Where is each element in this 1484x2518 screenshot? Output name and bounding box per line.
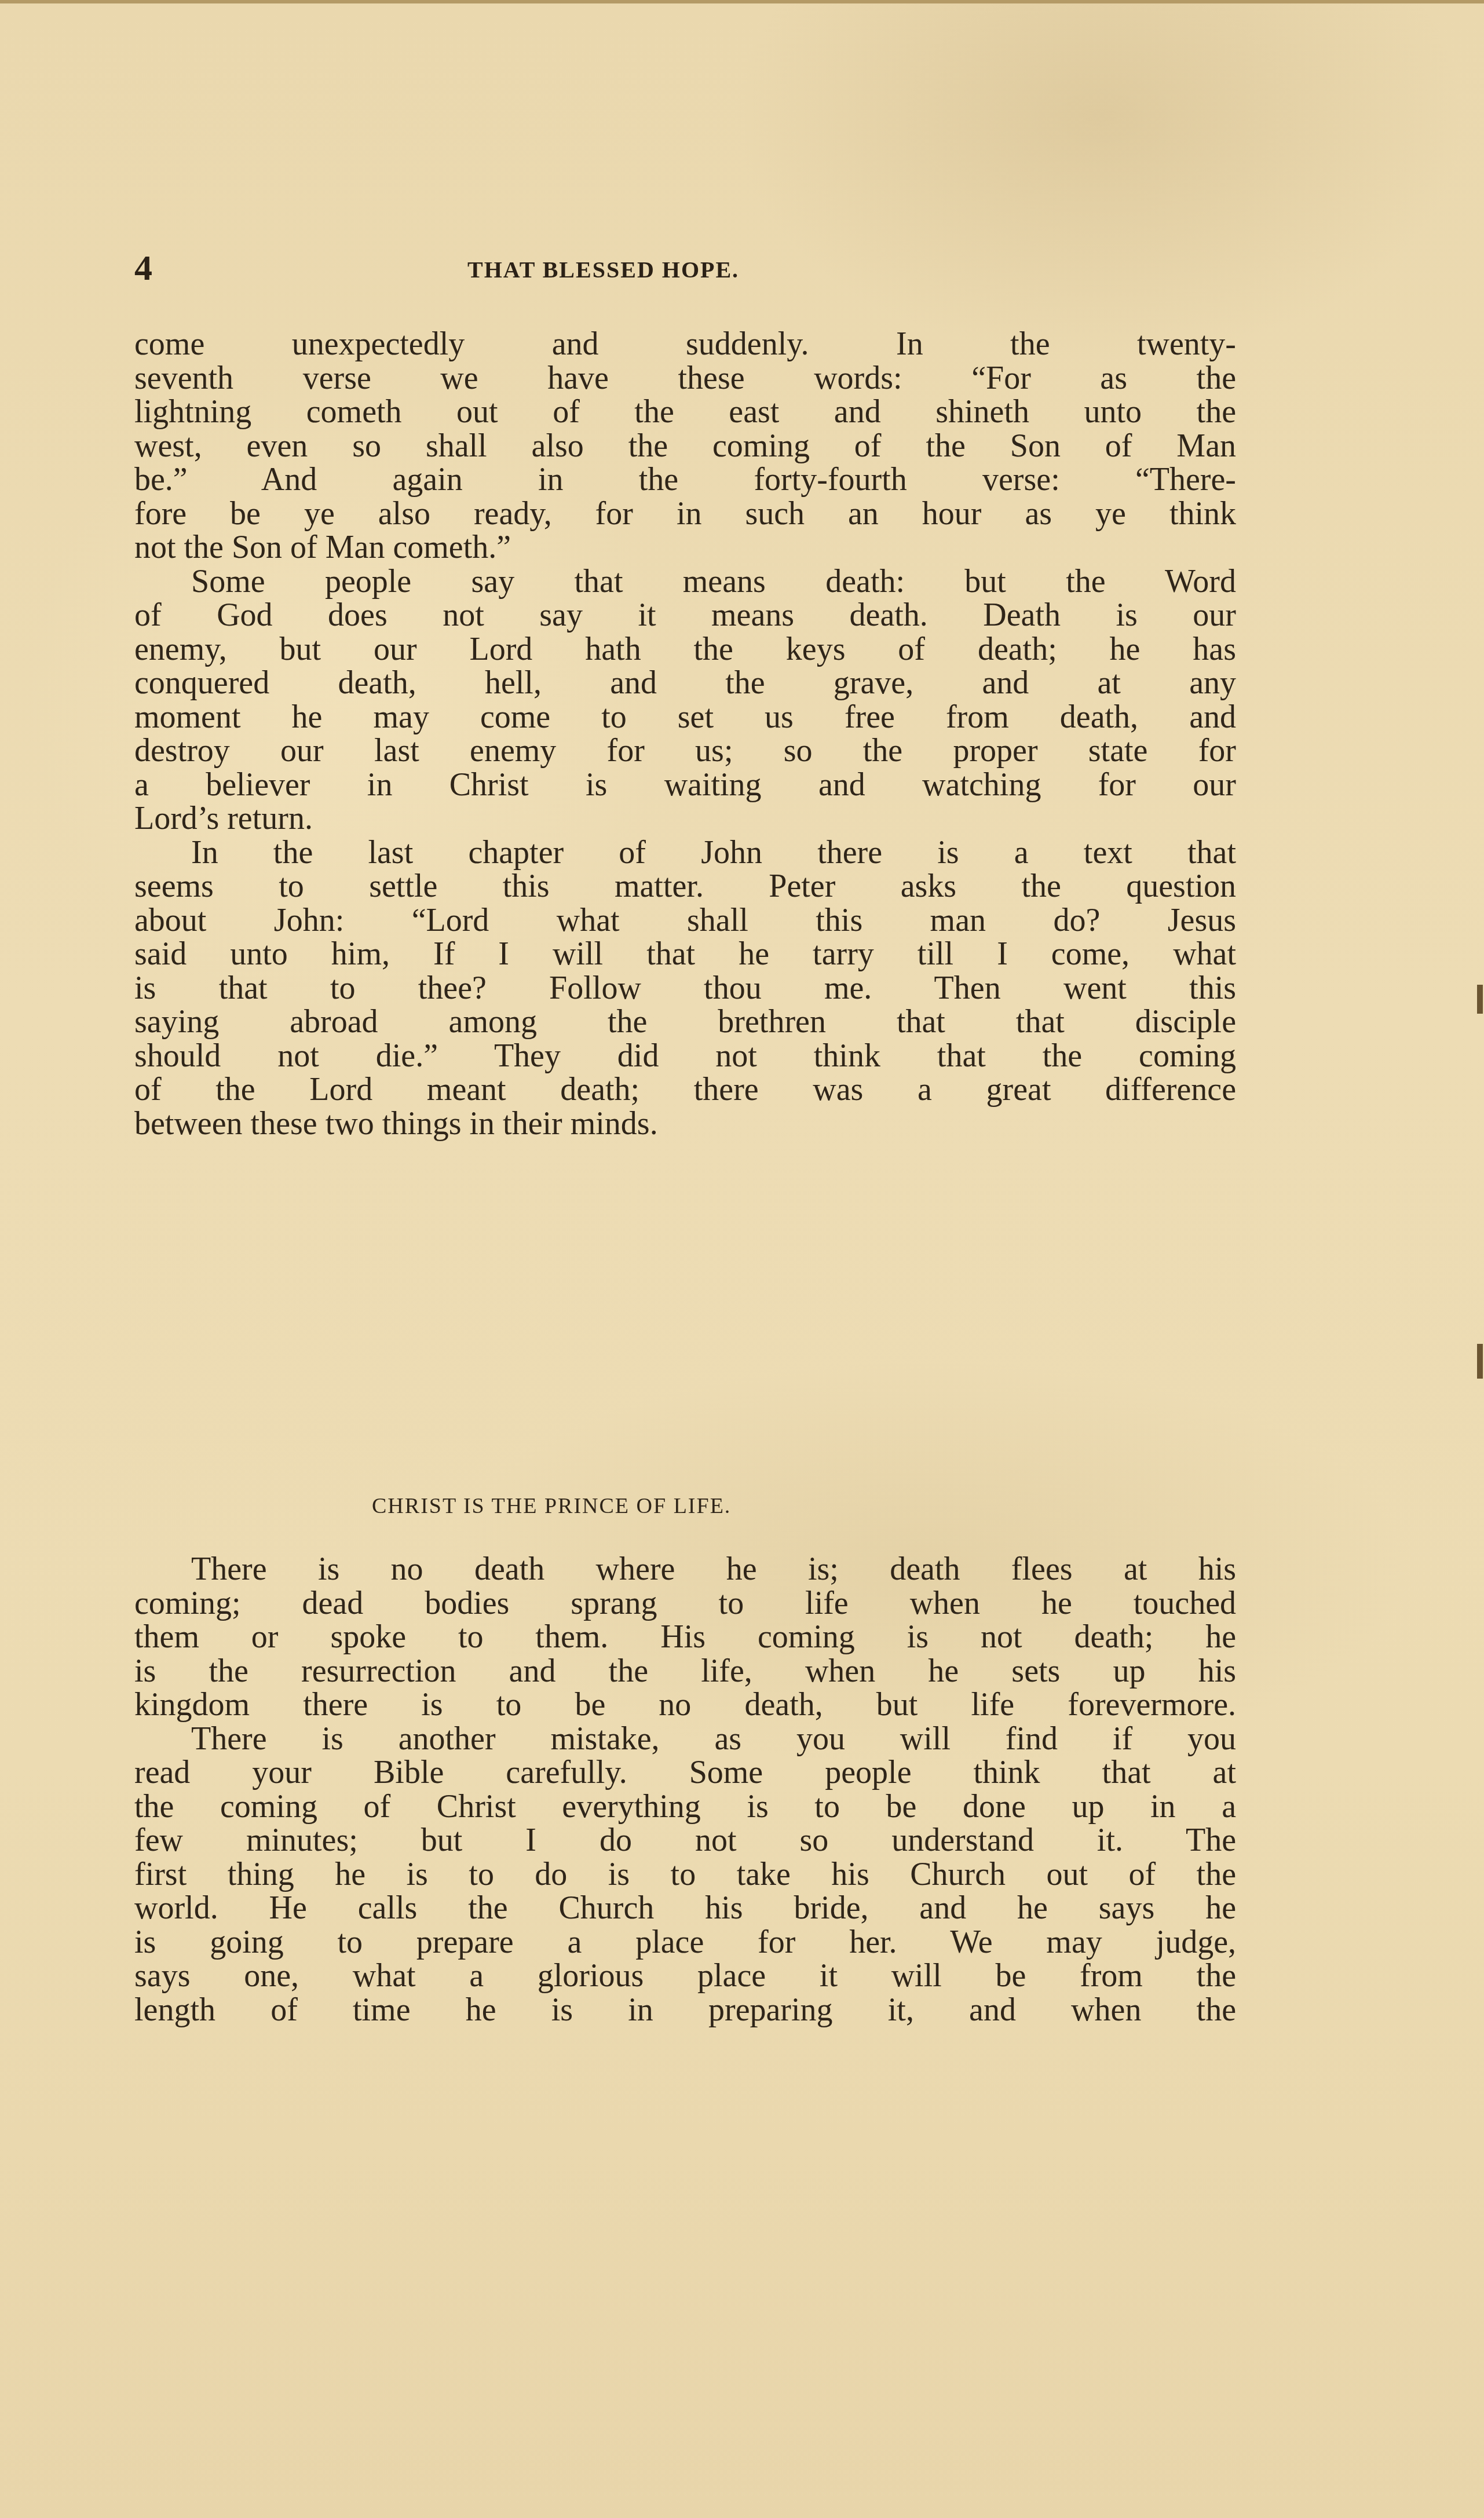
- text-line: west, even so shall also the coming of t…: [134, 429, 1236, 463]
- scanned-book-page: 4 THAT BLESSED HOPE. come unexpectedly a…: [0, 0, 1484, 2518]
- text-line: read your Bible carefully. Some people t…: [134, 1756, 1236, 1790]
- paragraph: Some people say that means death: but th…: [134, 565, 1236, 836]
- text-line: destroy our last enemy for us; so the pr…: [134, 734, 1236, 768]
- text-line: a believer in Christ is waiting and watc…: [134, 768, 1236, 802]
- body-text-section-2: There is no death where he is; death fle…: [134, 1552, 1236, 2027]
- paper-edge-mark: [1477, 985, 1483, 1014]
- text-line: Some people say that means death: but th…: [134, 565, 1236, 599]
- text-line: is that to thee? Follow thou me. Then we…: [134, 971, 1236, 1006]
- body-text-section-1: come unexpectedly and suddenly. In the t…: [134, 327, 1236, 1141]
- text-line: enemy, but our Lord hath the keys of dea…: [134, 633, 1236, 667]
- text-line: is going to prepare a place for her. We …: [134, 1925, 1236, 1960]
- text-line: lightning cometh out of the east and shi…: [134, 395, 1236, 429]
- text-line: length of time he is in preparing it, an…: [134, 1993, 1236, 2027]
- text-line: kingdom there is to be no death, but lif…: [134, 1688, 1236, 1722]
- section-heading: CHRIST IS THE PRINCE OF LIFE.: [134, 1493, 1236, 1519]
- text-line: not the Son of Man cometh.”: [134, 531, 1236, 565]
- paragraph: come unexpectedly and suddenly. In the t…: [134, 327, 1236, 565]
- text-line: fore be ye also ready, for in such an ho…: [134, 497, 1236, 531]
- text-line: coming; dead bodies sprang to life when …: [134, 1587, 1236, 1621]
- running-title: THAT BLESSED HOPE.: [467, 256, 739, 283]
- text-line: says one, what a glorious place it will …: [134, 1959, 1236, 1993]
- text-line: should not die.” They did not think that…: [134, 1039, 1236, 1073]
- text-line: few minutes; but I do not so understand …: [134, 1823, 1236, 1858]
- text-line: of the Lord meant death; there was a gre…: [134, 1073, 1236, 1107]
- text-line: seventh verse we have these words: “For …: [134, 361, 1236, 396]
- text-line: seems to settle this matter. Peter asks …: [134, 869, 1236, 904]
- text-line: Lord’s return.: [134, 802, 1236, 836]
- text-line: between these two things in their minds.: [134, 1107, 1236, 1141]
- text-line: There is another mistake, as you will fi…: [134, 1722, 1236, 1756]
- text-line: the coming of Christ everything is to be…: [134, 1790, 1236, 1824]
- text-line: about John: “Lord what shall this man do…: [134, 904, 1236, 938]
- text-line: moment he may come to set us free from d…: [134, 700, 1236, 734]
- text-line: conquered death, hell, and the grave, an…: [134, 666, 1236, 700]
- text-line: is the resurrection and the life, when h…: [134, 1654, 1236, 1689]
- running-head: 4 THAT BLESSED HOPE.: [134, 248, 1235, 294]
- text-line: come unexpectedly and suddenly. In the t…: [134, 327, 1236, 361]
- text-line: them or spoke to them. His coming is not…: [134, 1620, 1236, 1654]
- text-line: be.” And again in the forty-fourth verse…: [134, 463, 1236, 497]
- text-line: world. He calls the Church his bride, an…: [134, 1891, 1236, 1925]
- text-line: first thing he is to do is to take his C…: [134, 1858, 1236, 1892]
- paragraph: In the last chapter of John there is a t…: [134, 836, 1236, 1141]
- text-line: There is no death where he is; death fle…: [134, 1552, 1236, 1587]
- paragraph: There is no death where he is; death fle…: [134, 1552, 1236, 1722]
- paragraph: There is another mistake, as you will fi…: [134, 1722, 1236, 2027]
- page-number: 4: [134, 248, 152, 289]
- paper-edge-mark: [1477, 1344, 1483, 1379]
- text-line: said unto him, If I will that he tarry t…: [134, 937, 1236, 971]
- text-line: saying abroad among the brethren that th…: [134, 1005, 1236, 1039]
- text-line: In the last chapter of John there is a t…: [134, 836, 1236, 870]
- text-line: of God does not say it means death. Deat…: [134, 598, 1236, 633]
